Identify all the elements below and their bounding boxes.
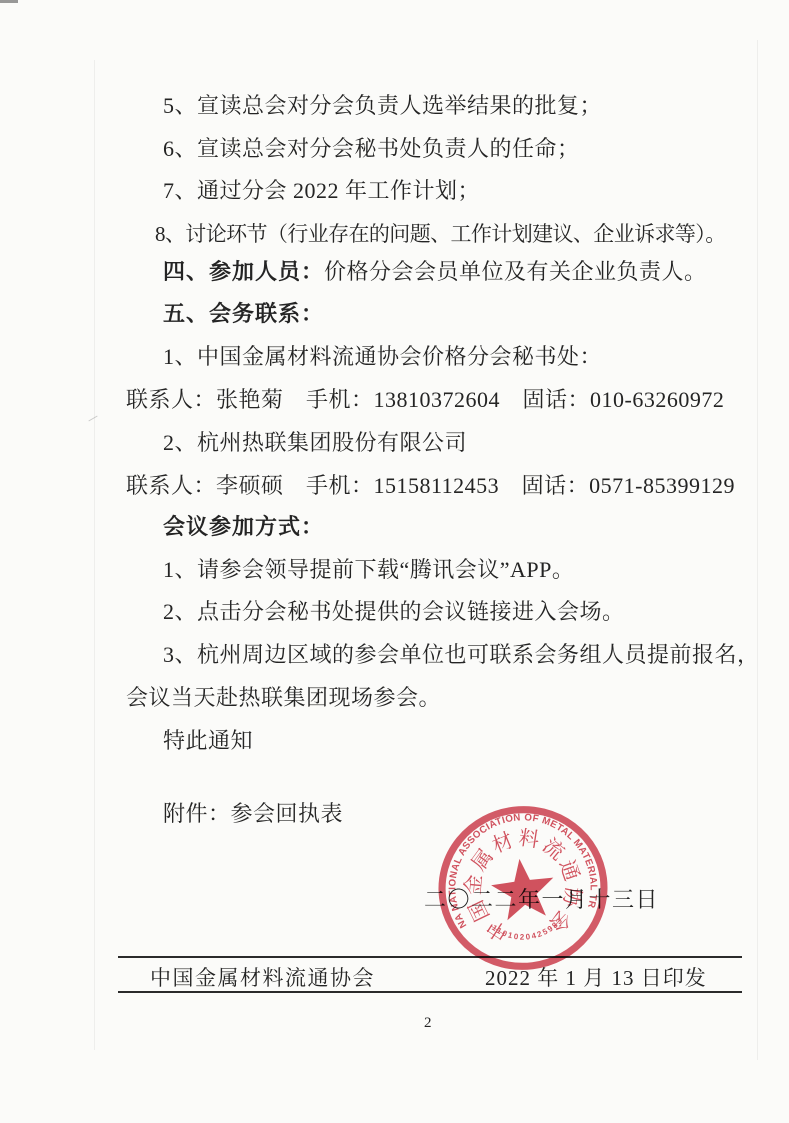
scan-artifact-left-line (94, 60, 95, 1050)
section-contacts: 五、会务联系： (163, 300, 324, 328)
join-step-3-wrap: 会议当天赴热联集团现场参会。 (126, 684, 441, 712)
join-step-1: 1、请参会领导提前下载“腾讯会议”APP。 (163, 556, 574, 584)
section-join-method: 会议参加方式： (163, 513, 324, 541)
join-step-2: 2、点击分会秘书处提供的会议链接进入会场。 (163, 598, 625, 626)
contact-org-1: 1、中国金属材料流通协会价格分会秘书处： (163, 343, 602, 371)
page-number: 2 (424, 1015, 432, 1032)
contact-person-2: 联系人：李硕硕 手机：15158112453 固话：0571-85399129 (126, 472, 735, 500)
seal-star-icon (488, 855, 557, 922)
scan-artifact-scratch (88, 416, 97, 422)
section-join-method-heading: 会议参加方式： (163, 514, 324, 539)
footer-rule-bottom (118, 991, 742, 993)
scan-artifact-right-line (757, 40, 758, 1060)
closing-note: 特此通知 (163, 727, 253, 755)
agenda-item-6: 6、宣读总会对分会秘书处负责人的任命； (163, 135, 580, 163)
footer-organization: 中国金属材料流通协会 (150, 962, 375, 992)
contact-person-1: 联系人：张艳菊 手机：13810372604 固话：010-63260972 (126, 386, 724, 414)
footer-rule-top (118, 956, 742, 958)
section-contacts-heading: 五、会务联系： (163, 301, 324, 326)
section-participants: 四、参加人员：价格分会会员单位及有关企业负责人。 (163, 258, 707, 286)
contact-org-2: 2、杭州热联集团股份有限公司 (163, 429, 467, 457)
agenda-item-7: 7、通过分会 2022 年工作计划； (163, 177, 480, 205)
join-step-3: 3、杭州周边区域的参会单位也可联系会务组人员提前报名， (163, 641, 760, 669)
agenda-item-8: 8、讨论环节（行业存在的问题、工作计划建议、企业诉求等）。 (155, 220, 726, 248)
section-participants-heading: 四、参加人员： (163, 259, 324, 284)
attachment-note: 附件：参会回执表 (163, 800, 343, 828)
agenda-item-5: 5、宣读总会对分会负责人选举结果的批复； (163, 92, 602, 120)
scanned-notice-page: 5、宣读总会对分会负责人选举结果的批复； 6、宣读总会对分会秘书处负责人的任命；… (0, 0, 789, 1123)
seal-graphic: CHINA NATIONAL ASSOCIATION OF METAL MATE… (419, 788, 627, 988)
scan-artifact-top-mark (0, 0, 18, 3)
official-seal-stamp: CHINA NATIONAL ASSOCIATION OF METAL MATE… (419, 788, 627, 988)
section-participants-text: 价格分会会员单位及有关企业负责人。 (324, 259, 707, 284)
